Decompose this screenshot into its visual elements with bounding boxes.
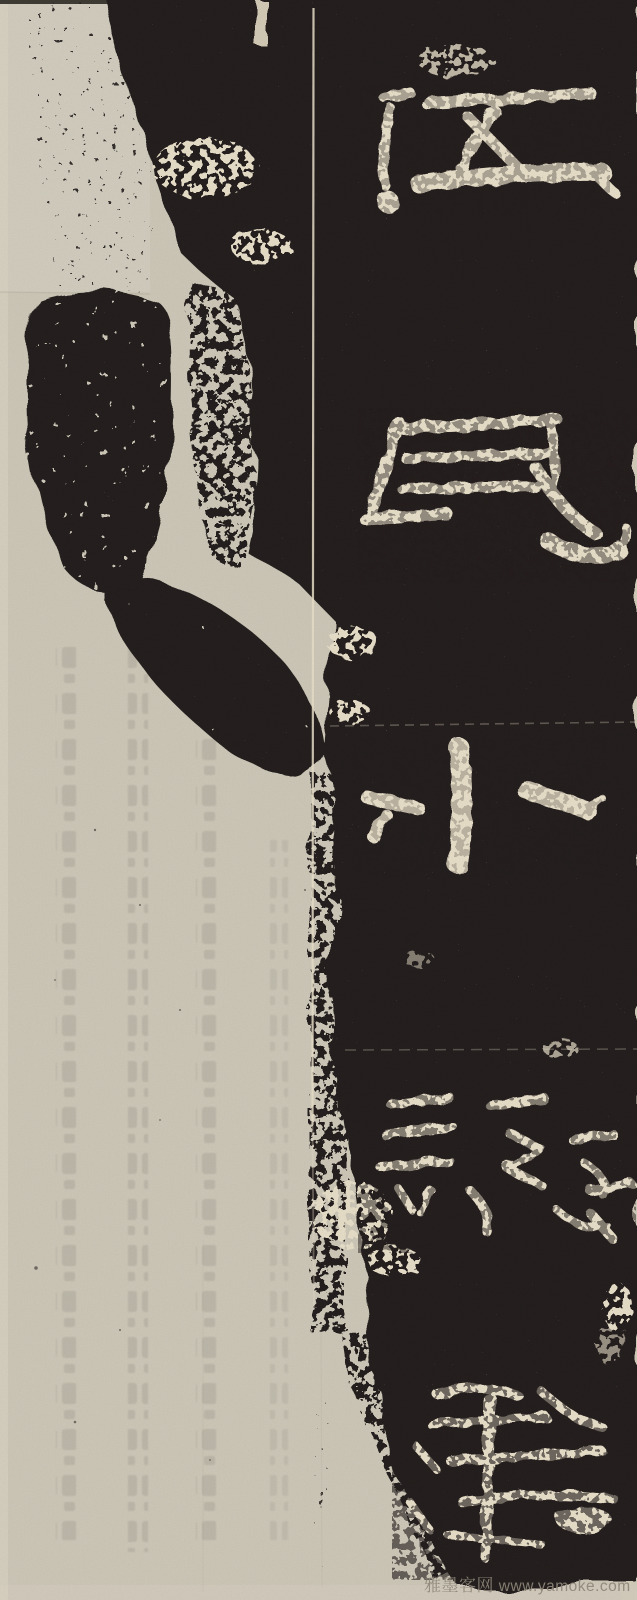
watermark-url: www.yamoke.com xyxy=(494,1578,631,1595)
watermark-text: 雅墨客网 www.yamoke.com xyxy=(424,1576,631,1595)
rubbing-photo: 雅墨客网 www.yamoke.com xyxy=(0,0,637,1600)
watermark-cjk: 雅墨客网 xyxy=(424,1576,494,1595)
rubbing-canvas: 雅墨客网 www.yamoke.com xyxy=(0,0,637,1600)
paper-grain-texture xyxy=(0,0,637,1600)
